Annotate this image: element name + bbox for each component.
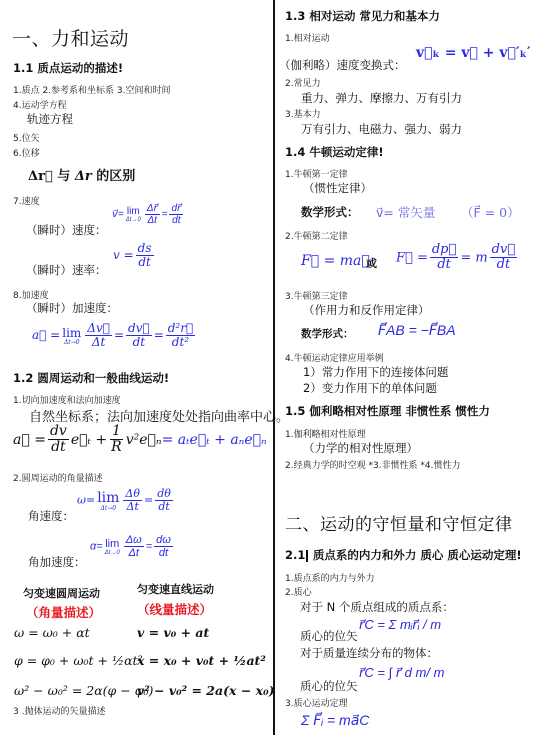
third-law-formula: F⃗AB = −F⃗BA xyxy=(378,322,456,339)
s1-1-line2: 4.运动学方程 xyxy=(13,98,67,111)
s2-1-line3: 3.质心运动定理 xyxy=(285,696,348,709)
speed-formula: v =dsdt xyxy=(113,242,156,269)
galileo-transform-label: （伽利略）速度变换式： xyxy=(279,57,406,73)
angular-eq-3: ω² − ω₀² = 2α(φ − φ₀) xyxy=(14,683,153,698)
s1-4-line1: 1.牛顿第一定律 xyxy=(285,167,348,180)
math-form-label-1: 数学形式： xyxy=(301,204,359,220)
trajectory-equation: 轨迹方程 xyxy=(27,111,73,127)
angular-velocity-label: 角速度： xyxy=(28,508,74,524)
speed-label: （瞬时）速率： xyxy=(26,262,107,278)
math-form-label-2: 数学形式： xyxy=(301,326,354,341)
com-formula-continuous: r⃗C = ∫ r⃗ d m/ m xyxy=(359,665,444,681)
s1-2-line2: 2.圆周运动的角量描述 xyxy=(13,471,103,484)
com-motion-formula: Σ F⃗ᵢ = ma⃗C xyxy=(301,712,369,729)
inertia-law: （惯性定律） xyxy=(303,180,372,196)
mechanical-relativity: （力学的相对性原理） xyxy=(303,440,418,456)
action-reaction-law: （作用力和反作用定律） xyxy=(303,302,430,318)
s1-4-line4: 4.牛顿运动定律应用举例 xyxy=(285,351,384,364)
s1-2-line1: 1.切向加速度和法向加速度 xyxy=(13,393,121,406)
right-column: 1.3 相对运动 常见力和基本力 1.相对运动 （伽利略）速度变换式： v⃗ₖ … xyxy=(276,0,555,735)
s1-1-line1: 1.质点 2.参考系和坐标系 3.空间和时间 xyxy=(13,83,170,96)
continuous-mass-body: 对于质量连续分布的物体： xyxy=(300,645,438,661)
s1-3-line1: 1.相对运动 xyxy=(285,31,330,44)
n-particles-system: 对于 N 个质点组成的质点系： xyxy=(300,599,454,615)
angular-velocity-formula: ω=limΔt→0ΔθΔt=dθdt xyxy=(77,488,175,513)
s1-1-line5: 5.位矢 xyxy=(13,131,40,144)
example-1: 1）常力作用下的连接体问题 xyxy=(303,364,448,380)
s1-3-line3: 3.基本力 xyxy=(285,107,321,120)
s1-5-line2: 2.经典力学的时空观 *3.非惯性系 *4.惯性力 xyxy=(285,458,460,471)
natural-coordinates-note: 自然坐标系；法向加速度处处指向曲率中心。 xyxy=(29,406,289,425)
second-law-formula-b: F⃗ =dp⃗dt= mdv⃗dt xyxy=(396,243,519,273)
uniform-linear-title: 匀变速直线运动 xyxy=(137,581,214,597)
s1-5-line1: 1.伽利略相对性原理 xyxy=(285,427,366,440)
chapter1-title: 一、力和运动 xyxy=(12,24,129,51)
s1-4-line2: 2.牛顿第二定律 xyxy=(285,229,348,242)
uniform-circular-title: 匀变速圆周运动 xyxy=(23,585,100,601)
com-position-label-2: 质心的位矢 xyxy=(300,678,358,694)
delta-r-distinction: Δr⃗ 与 Δr 的区别 xyxy=(28,165,135,184)
chapter2-title: 二、运动的守恒量和守恒定律 xyxy=(285,510,513,535)
tangential-normal-accel-formula: a⃗ =dvdte⃗ₜ +1Rv²e⃗ₙ= aₜe⃗ₜ + aₙe⃗ₙ xyxy=(13,424,267,456)
linear-eq-1: v = v₀ + at xyxy=(137,625,209,640)
first-law-condition: （F⃗ = 0） xyxy=(461,203,520,221)
second-law-formula-a: F⃗ = ma⃗ xyxy=(301,253,370,269)
acceleration-label: （瞬时）加速度： xyxy=(26,300,118,316)
s1-1-line7: 7.速度 xyxy=(13,194,40,207)
section-2-1-title: 2.1 质点系的内力和外力 质心 质心运动定理! xyxy=(285,547,522,563)
example-2: 2）变力作用下的单体问题 xyxy=(303,380,437,396)
first-law-formula: v⃗= 常矢量 xyxy=(376,203,435,221)
linear-eq-2: x = x₀ + v₀t + ½at² xyxy=(137,653,266,668)
section-1-2-title: 1.2 圆周运动和一般曲线运动! xyxy=(13,370,169,386)
com-position-label-1: 质心的位矢 xyxy=(300,628,358,644)
angular-acceleration-label: 角加速度： xyxy=(28,554,86,570)
s1-2-line3: 3 .抛体运动的矢量描述 xyxy=(13,704,105,717)
angular-description-subtitle: （角量描述） xyxy=(26,603,101,621)
section-1-5-title: 1.5 伽利略相对性原理 非惯性系 惯性力 xyxy=(285,403,490,419)
linear-eq-3: v² − v₀² = 2a(x − x₀) xyxy=(137,683,275,698)
velocity-label: （瞬时）速度： xyxy=(26,222,107,238)
or-label: 或 xyxy=(366,255,377,271)
s2-1-line2: 2.质心 xyxy=(285,585,312,598)
angular-eq-1: ω = ω₀ + αt xyxy=(14,625,90,640)
basic-forces: 万有引力、电磁力、强力、弱力 xyxy=(301,121,462,137)
left-column: 一、力和运动 1.1 质点运动的描述! 1.质点 2.参考系和坐标系 3.空间和… xyxy=(0,0,274,735)
s2-1-line1: 1.质点系的内力与外力 xyxy=(285,571,375,584)
section-1-3-title: 1.3 相对运动 常见力和基本力 xyxy=(285,8,440,24)
angular-acceleration-formula: α=limΔt→0ΔωΔt=dωdt xyxy=(90,534,175,559)
velocity-formula: v⃗=limΔt→0Δr⃗Δt=dr⃗dt xyxy=(112,203,185,226)
acceleration-formula: a⃗ =limΔt→0Δv⃗Δt=dv⃗dt=d²r⃗dt² xyxy=(32,322,197,349)
section-1-1-title: 1.1 质点运动的描述! xyxy=(13,60,123,76)
galileo-transform-formula: v⃗ₖ = v⃗ + v⃗′ₖ′ xyxy=(416,45,531,61)
angular-eq-2: φ = φ₀ + ω₀t + ½αt² xyxy=(14,653,143,668)
linear-description-subtitle: （线量描述） xyxy=(137,600,212,618)
s1-1-line6: 6.位移 xyxy=(13,146,40,159)
com-formula-discrete: r⃗C = Σ mᵢr⃗ᵢ / m xyxy=(359,617,441,633)
section-1-4-title: 1.4 牛顿运动定律! xyxy=(285,144,384,160)
s1-3-line2: 2.常见力 xyxy=(285,76,321,89)
common-forces: 重力、弹力、摩擦力、万有引力 xyxy=(301,90,462,106)
s1-4-line3: 3.牛顿第三定律 xyxy=(285,289,348,302)
text-cursor xyxy=(306,550,308,562)
